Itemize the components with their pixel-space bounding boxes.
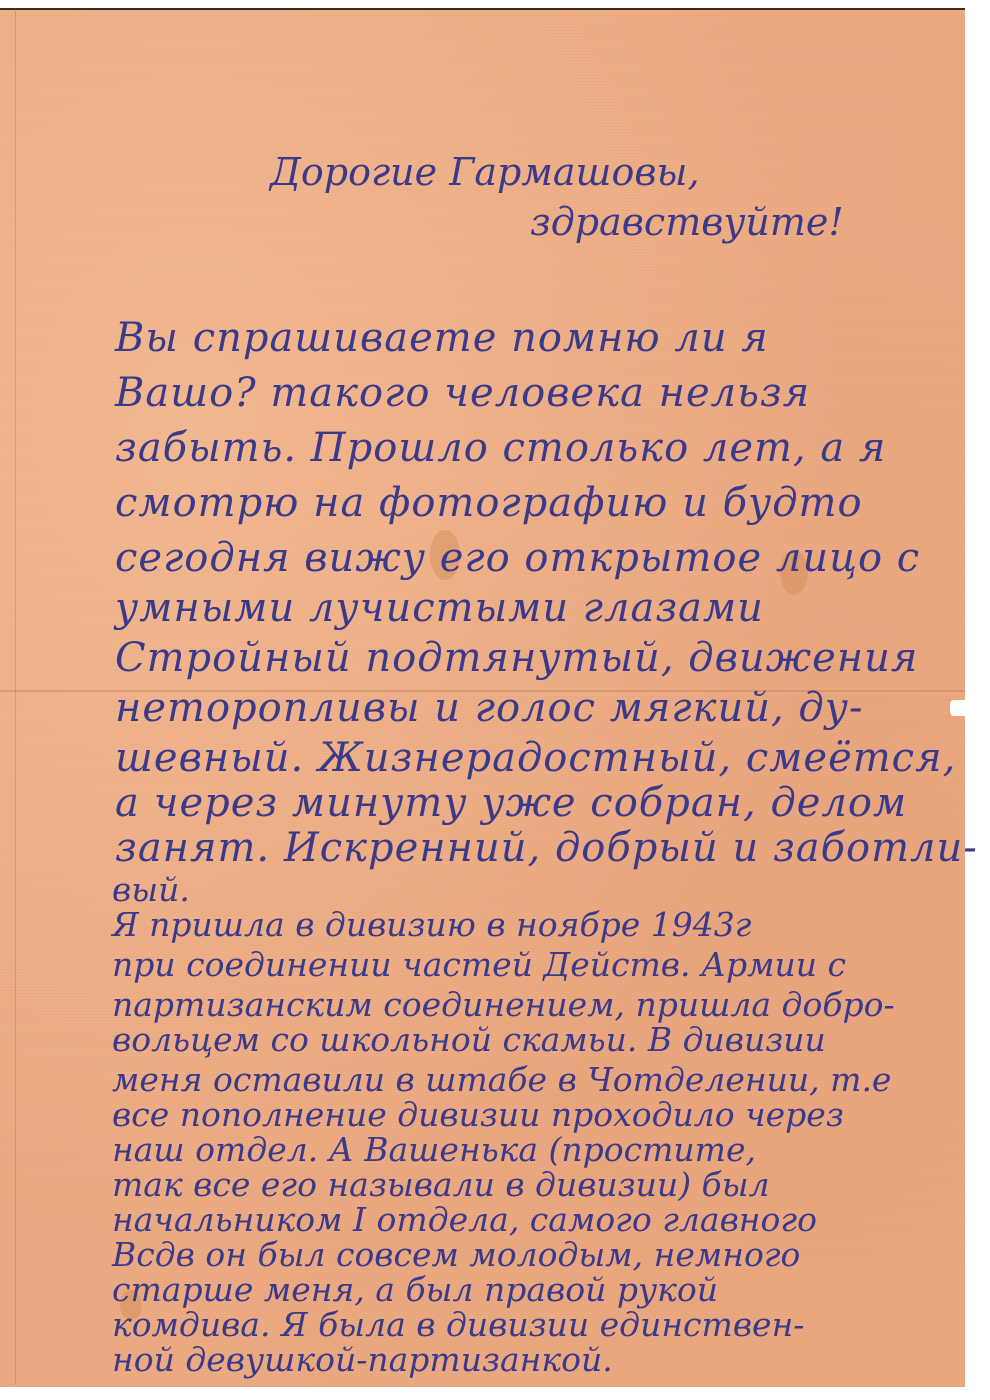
letter-line: Всдв он был совсем молодым, немного xyxy=(112,1235,800,1274)
letter-line: комдива. Я была в дивизии единствен- xyxy=(112,1305,804,1344)
letter-line: при соединении частей Действ. Армии с xyxy=(112,945,846,984)
letter-line: забыть. Прошло столько лет, а я xyxy=(115,425,886,471)
letter-line: неторопливы и голос мягкий, ду- xyxy=(115,685,864,731)
letter-line: партизанским соединением, пришла добро- xyxy=(112,985,895,1024)
letter-line: а через минуту уже собран, делом xyxy=(115,780,907,826)
letter-line: Я пришла в дивизию в ноябре 1943г xyxy=(112,905,751,944)
letter-salutation: Дорогие Гармашовы, xyxy=(270,150,700,194)
letter-line: так все его называли в дивизии) был xyxy=(112,1165,770,1204)
letter-line: все пополнение дивизии проходило через xyxy=(112,1095,844,1134)
letter-line: сегодня вижу его открытое лицо с xyxy=(115,535,920,581)
letter-line: старше меня, а был правой рукой xyxy=(112,1270,718,1309)
letter-line: наш отдел. А Вашенька (простите, xyxy=(112,1130,756,1169)
letter-greeting: здравствуйте! xyxy=(530,200,844,244)
letter-line: шевный. Жизнерадостный, смеётся, xyxy=(115,735,956,781)
letter-line: меня оставили в штабе в Чотделении, т.е xyxy=(112,1060,891,1099)
letter-line: вольцем со школьной скамьи. В дивизии xyxy=(112,1020,826,1059)
letter-line: вый. xyxy=(112,870,190,909)
letter-line: занят. Искренний, добрый и заботли- xyxy=(115,825,978,871)
letter-line: ной девушкой-партизанкой. xyxy=(112,1340,613,1379)
letter-line: Вы спрашиваете помню ли я xyxy=(115,315,769,361)
letter-line: смотрю на фотографию и будто xyxy=(115,480,863,526)
letter-line: Стройный подтянутый, движения xyxy=(115,635,918,681)
paper-tear xyxy=(950,700,970,716)
paper-fold-vertical xyxy=(15,8,16,1385)
letter-line: начальником I отдела, самого главного xyxy=(112,1200,817,1239)
letter-line: умными лучистыми глазами xyxy=(115,585,764,631)
letter-line: Вашо? такого человека нельзя xyxy=(115,370,810,416)
